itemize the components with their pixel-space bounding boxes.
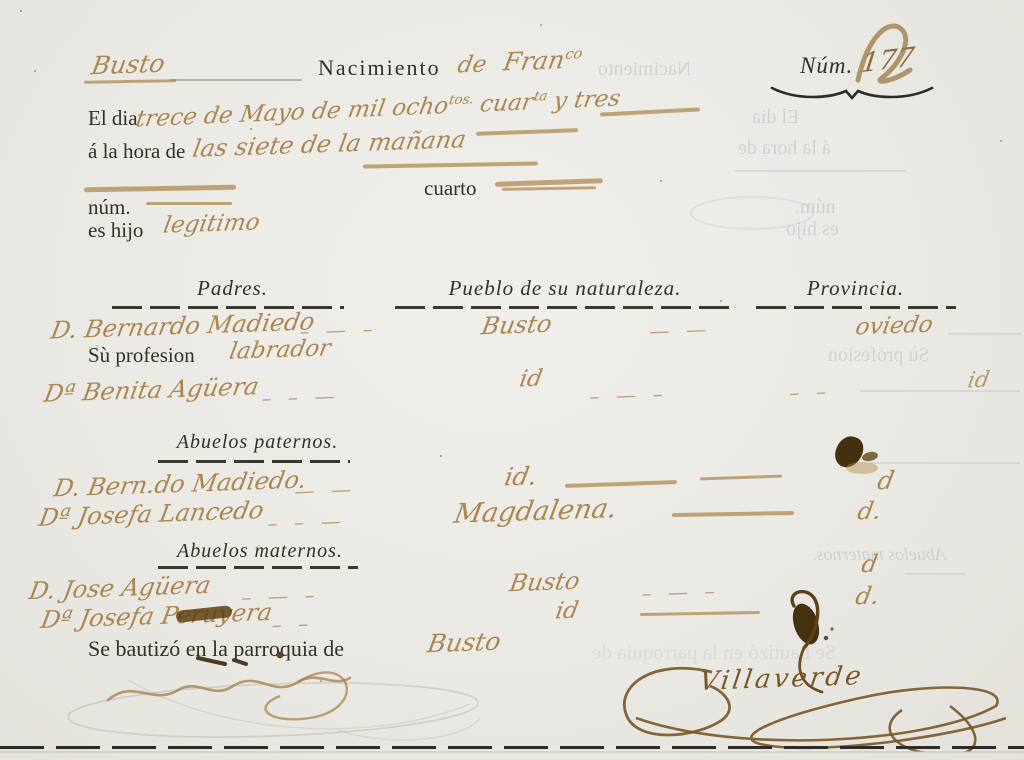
header-rule-province (756, 306, 956, 309)
pen-dashes: – – (788, 379, 834, 404)
bleedthrough-line (735, 170, 905, 172)
father-province: oviedo (853, 312, 935, 341)
paternal-grandmother-province-idem: d. (855, 497, 883, 526)
pen-stroke (146, 202, 232, 205)
bleedthrough-line (905, 573, 965, 575)
paternal-grandfather-town-idem: id. (502, 461, 539, 491)
bleedthrough-line (870, 462, 1020, 464)
pen-stroke (700, 475, 782, 481)
header-rule-town (395, 306, 730, 309)
pen-dashes: – – (270, 611, 316, 636)
pen-stroke (84, 79, 176, 84)
day-label: El dia (88, 106, 138, 131)
scanned-birth-record-page: Busto Nacimiento de Franco Nacimiento Nú… (0, 0, 1024, 760)
pen-dashes: – – — (266, 509, 349, 536)
pen-dashes: — — (648, 317, 714, 343)
paper-specks (20, 10, 22, 12)
bleedthrough-oval (690, 196, 814, 230)
paternal-grandparents-label: Abuelos paternos. (160, 431, 355, 454)
child-status-label: es hijo (88, 218, 143, 243)
column-header-town: Pueblo de su naturaleza. (420, 276, 710, 301)
pen-dashes: — — (293, 477, 359, 503)
maternal-grandparents-label: Abuelos maternos. (160, 540, 360, 563)
bleedthrough-hour: á la hora de (738, 137, 831, 160)
bleedthrough-day: El dia (752, 106, 799, 129)
ink-blot-tail (861, 450, 879, 462)
pen-stroke (476, 128, 578, 136)
pen-stroke (363, 161, 538, 168)
num-small-label: núm. (88, 195, 131, 220)
column-header-parents: Padres. (160, 276, 305, 301)
decorative-brace (768, 82, 936, 104)
mother-town-idem: id (518, 366, 545, 393)
bottom-rule-shadow (0, 751, 1024, 753)
printed-blank-line (170, 79, 302, 81)
bottom-rule (0, 746, 1024, 749)
paternal-grandfather-name: D. Bern.do Madiedo. (52, 466, 309, 503)
number-ink-flourish (848, 18, 938, 92)
section-rule (158, 460, 350, 463)
maternal-grandfather-name: D. Jose Agüera (27, 571, 213, 605)
birth-title: Nacimiento (318, 55, 441, 81)
pen-stroke (565, 480, 677, 488)
mother-name: Dª Benita Agüera (42, 372, 261, 407)
bleedthrough-line (948, 333, 1022, 335)
bleedthrough-line (860, 390, 1020, 392)
left-signature-scribble (48, 648, 488, 753)
number-label: Núm. (800, 53, 853, 79)
section-rule (158, 566, 358, 569)
maternal-grandfather-town: Busto (507, 567, 582, 597)
pen-stroke (502, 186, 596, 191)
pen-stroke (672, 511, 794, 517)
child-name-handwritten: Franco (501, 45, 584, 77)
date-handwritten: trece de Mayo de mil ochotos. cuarta y t… (134, 86, 623, 133)
father-town: Busto (479, 310, 554, 340)
profession-handwritten: labrador (227, 335, 332, 364)
paternal-grandfather-province-idem: d (875, 466, 896, 496)
legitimacy-handwritten: legitimo (161, 209, 262, 238)
pen-stroke (84, 185, 236, 193)
hour-handwritten: las siete de la mañana (191, 125, 469, 162)
signature-name: Villaverde (697, 661, 865, 697)
cuarto-label: cuarto (424, 176, 476, 201)
ink-stain (846, 462, 878, 474)
pen-dashes: – – — (260, 384, 343, 411)
pen-dashes: – — – (588, 382, 671, 409)
bleedthrough-title: Nacimiento (598, 58, 691, 81)
paternal-grandmother-town: Magdalena. (452, 493, 620, 530)
maternal-grandmother-town-idem: id (554, 598, 581, 625)
column-header-province: Provincia. (788, 276, 923, 301)
hour-label: á la hora de (88, 139, 185, 164)
parish-place-handwritten: Busto (89, 49, 167, 81)
bleedthrough-profession: Sù profesion (828, 344, 930, 367)
profession-label: Sù profesion (88, 343, 195, 368)
hand-de: de (456, 52, 489, 79)
